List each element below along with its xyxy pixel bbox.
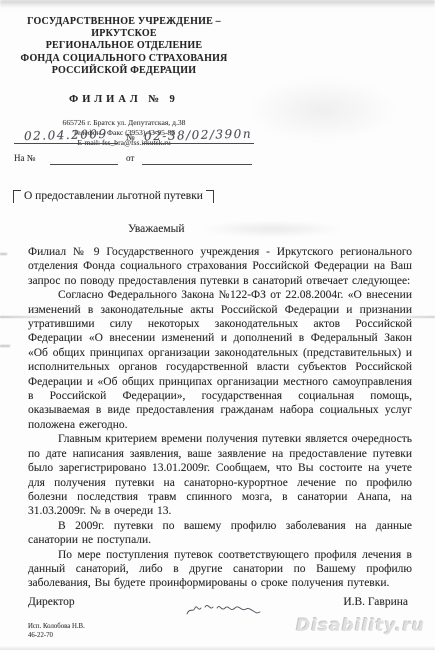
- number-sign-label: №: [126, 132, 135, 142]
- scan-artifact-left-tick: [0, 345, 10, 347]
- incoming-date-blank-field: [142, 151, 252, 165]
- faded-stamp-smudge: [248, 78, 398, 142]
- executor-name: Исп. Колобова Н.В.: [28, 622, 85, 631]
- watermark: Disability.ru: [296, 616, 425, 636]
- paragraph: Согласно Федерального Закона №122-ФЗ от …: [28, 288, 412, 432]
- incoming-number-blank-field: [50, 151, 118, 165]
- subject-line: О предоставлении льготной путевки: [13, 190, 214, 203]
- scan-artifact-bottom-edge: [0, 646, 435, 650]
- signer-title: Директор: [28, 596, 75, 608]
- letter-body: Филиал № 9 Государственного учреждения -…: [28, 245, 412, 591]
- org-name-line: РОССИЙСКОЙ ФЕДЕРАЦИИ: [8, 65, 240, 77]
- outgoing-date-field: 02.04.2009: [14, 126, 118, 144]
- letter-page: ГОСУДАРСТВЕННОЕ УЧРЕЖДЕНИЕ – ИРКУТСКОЕ Р…: [0, 0, 435, 650]
- executor-block: Исп. Колобова Н.В. 46-22-70: [28, 622, 85, 640]
- corner-bracket-left-icon: [13, 190, 21, 203]
- org-name-line: ГОСУДАРСТВЕННОЕ УЧРЕЖДЕНИЕ –: [8, 16, 240, 28]
- handwritten-number: 02-38/02/390п: [144, 127, 252, 144]
- paragraph: Филиал № 9 Государственного учреждения -…: [28, 245, 412, 288]
- na-number-label: На №: [14, 153, 35, 163]
- executor-phone: 46-22-70: [28, 631, 85, 640]
- organization-name: ГОСУДАРСТВЕННОЕ УЧРЕЖДЕНИЕ – ИРКУТСКОЕ Р…: [8, 16, 240, 77]
- signer-name: И.В. Гаврина: [343, 596, 408, 608]
- ot-label: от: [126, 153, 134, 163]
- paragraph: По мере поступления путевок соответствую…: [28, 548, 412, 591]
- org-name-line: ИРКУТСКОЕ: [8, 28, 240, 40]
- redacted-name-smudge: [205, 221, 340, 237]
- subject-text: О предоставлении льготной путевки: [24, 190, 203, 202]
- scan-artifact-left-tick: [0, 253, 7, 255]
- scan-artifact-top-edge: [0, 0, 435, 8]
- incoming-reference-row: На № от: [14, 150, 260, 171]
- corner-bracket-right-icon: [206, 190, 214, 203]
- handwritten-date: 02.04.2009: [24, 127, 108, 143]
- org-name-line: РЕГИОНАЛЬНОЕ ОТДЕЛЕНИЕ: [8, 40, 240, 52]
- salutation: Уважаемый: [128, 223, 185, 235]
- paragraph: В 2009г. путевки по вашему профилю забол…: [28, 519, 412, 548]
- outgoing-number-field: 02-38/02/390п: [142, 126, 254, 144]
- signature-scribble: [184, 599, 264, 621]
- reference-block: 02.04.2009 № 02-38/02/390п На № от: [14, 129, 260, 171]
- org-name-line: ФОНДА СОЦИАЛЬНОГО СТРАХОВАНИЯ: [8, 53, 240, 65]
- branch-title: ФИЛИАЛ № 9: [8, 94, 240, 105]
- paragraph: Главным критерием времени получения путе…: [28, 432, 412, 518]
- outgoing-reference-row: 02.04.2009 № 02-38/02/390п: [14, 129, 260, 150]
